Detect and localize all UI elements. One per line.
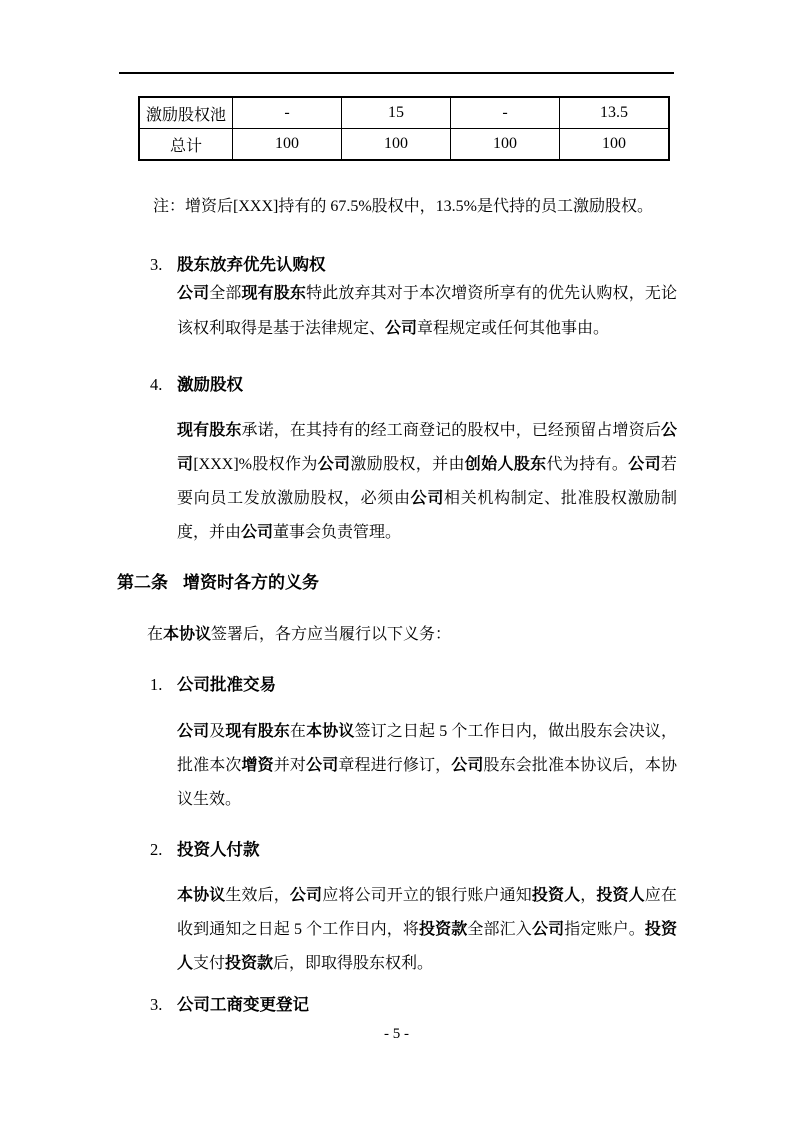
article-intro: 在本协议签署后，各方应当履行以下义务： (147, 621, 451, 644)
paragraph-incentive: 现有股东承诺，在其持有的经工商登记的股权中，已经预留占增资后公司[XXX]%股权… (177, 414, 677, 550)
duty-heading-registration: 3.公司工商变更登记 (150, 991, 309, 1015)
table-cell: 13.5 (560, 97, 670, 129)
paragraph-approval: 公司及现有股东在本协议签订之日起 5 个工作日内，做出股东会决议，批准本次增资并… (177, 715, 677, 817)
duty-heading-approval: 1.公司批准交易 (150, 671, 276, 695)
table-row: 激励股权池 - 15 - 13.5 (139, 97, 669, 129)
table-cell: 15 (342, 97, 451, 129)
article-heading: 第二条增资时各方的义务 (117, 568, 319, 593)
table-cell: 100 (233, 129, 342, 161)
table-cell: 100 (560, 129, 670, 161)
section-title: 投资人付款 (177, 840, 260, 859)
table-cell: 100 (451, 129, 560, 161)
table-note: 注：增资后[XXX]持有的 67.5%股权中，13.5%是代持的员工激励股权。 (153, 193, 653, 216)
table-cell: - (451, 97, 560, 129)
article-number: 第二条 (117, 573, 168, 592)
table-row-label: 总计 (139, 129, 233, 161)
section-number: 3. (150, 255, 177, 275)
section-heading-incentive: 4.激励股权 (150, 371, 243, 395)
section-number: 4. (150, 375, 177, 395)
table-row: 总计 100 100 100 100 (139, 129, 669, 161)
page-number: - 5 - (0, 1026, 793, 1043)
paragraph-payment: 本协议生效后，公司应将公司开立的银行账户通知投资人，投资人应在收到通知之日起 5… (177, 879, 677, 981)
header-rule (119, 72, 674, 74)
table-cell: - (233, 97, 342, 129)
section-title: 公司批准交易 (177, 675, 276, 694)
section-title: 股东放弃优先认购权 (177, 255, 326, 274)
document-page: 激励股权池 - 15 - 13.5 总计 100 100 100 100 注：增… (0, 0, 793, 1122)
section-heading-waiver: 3.股东放弃优先认购权 (150, 251, 326, 275)
section-title: 公司工商变更登记 (177, 995, 309, 1014)
article-title: 增资时各方的义务 (183, 573, 319, 592)
section-title: 激励股权 (177, 375, 243, 394)
equity-table: 激励股权池 - 15 - 13.5 总计 100 100 100 100 (138, 96, 670, 161)
table-row-label: 激励股权池 (139, 97, 233, 129)
paragraph-waiver: 公司全部现有股东特此放弃其对于本次增资所享有的优先认购权，无论该权利取得是基于法… (177, 276, 677, 346)
section-number: 2. (150, 840, 177, 860)
duty-heading-payment: 2.投资人付款 (150, 836, 260, 860)
table-cell: 100 (342, 129, 451, 161)
section-number: 1. (150, 675, 177, 695)
section-number: 3. (150, 995, 177, 1015)
